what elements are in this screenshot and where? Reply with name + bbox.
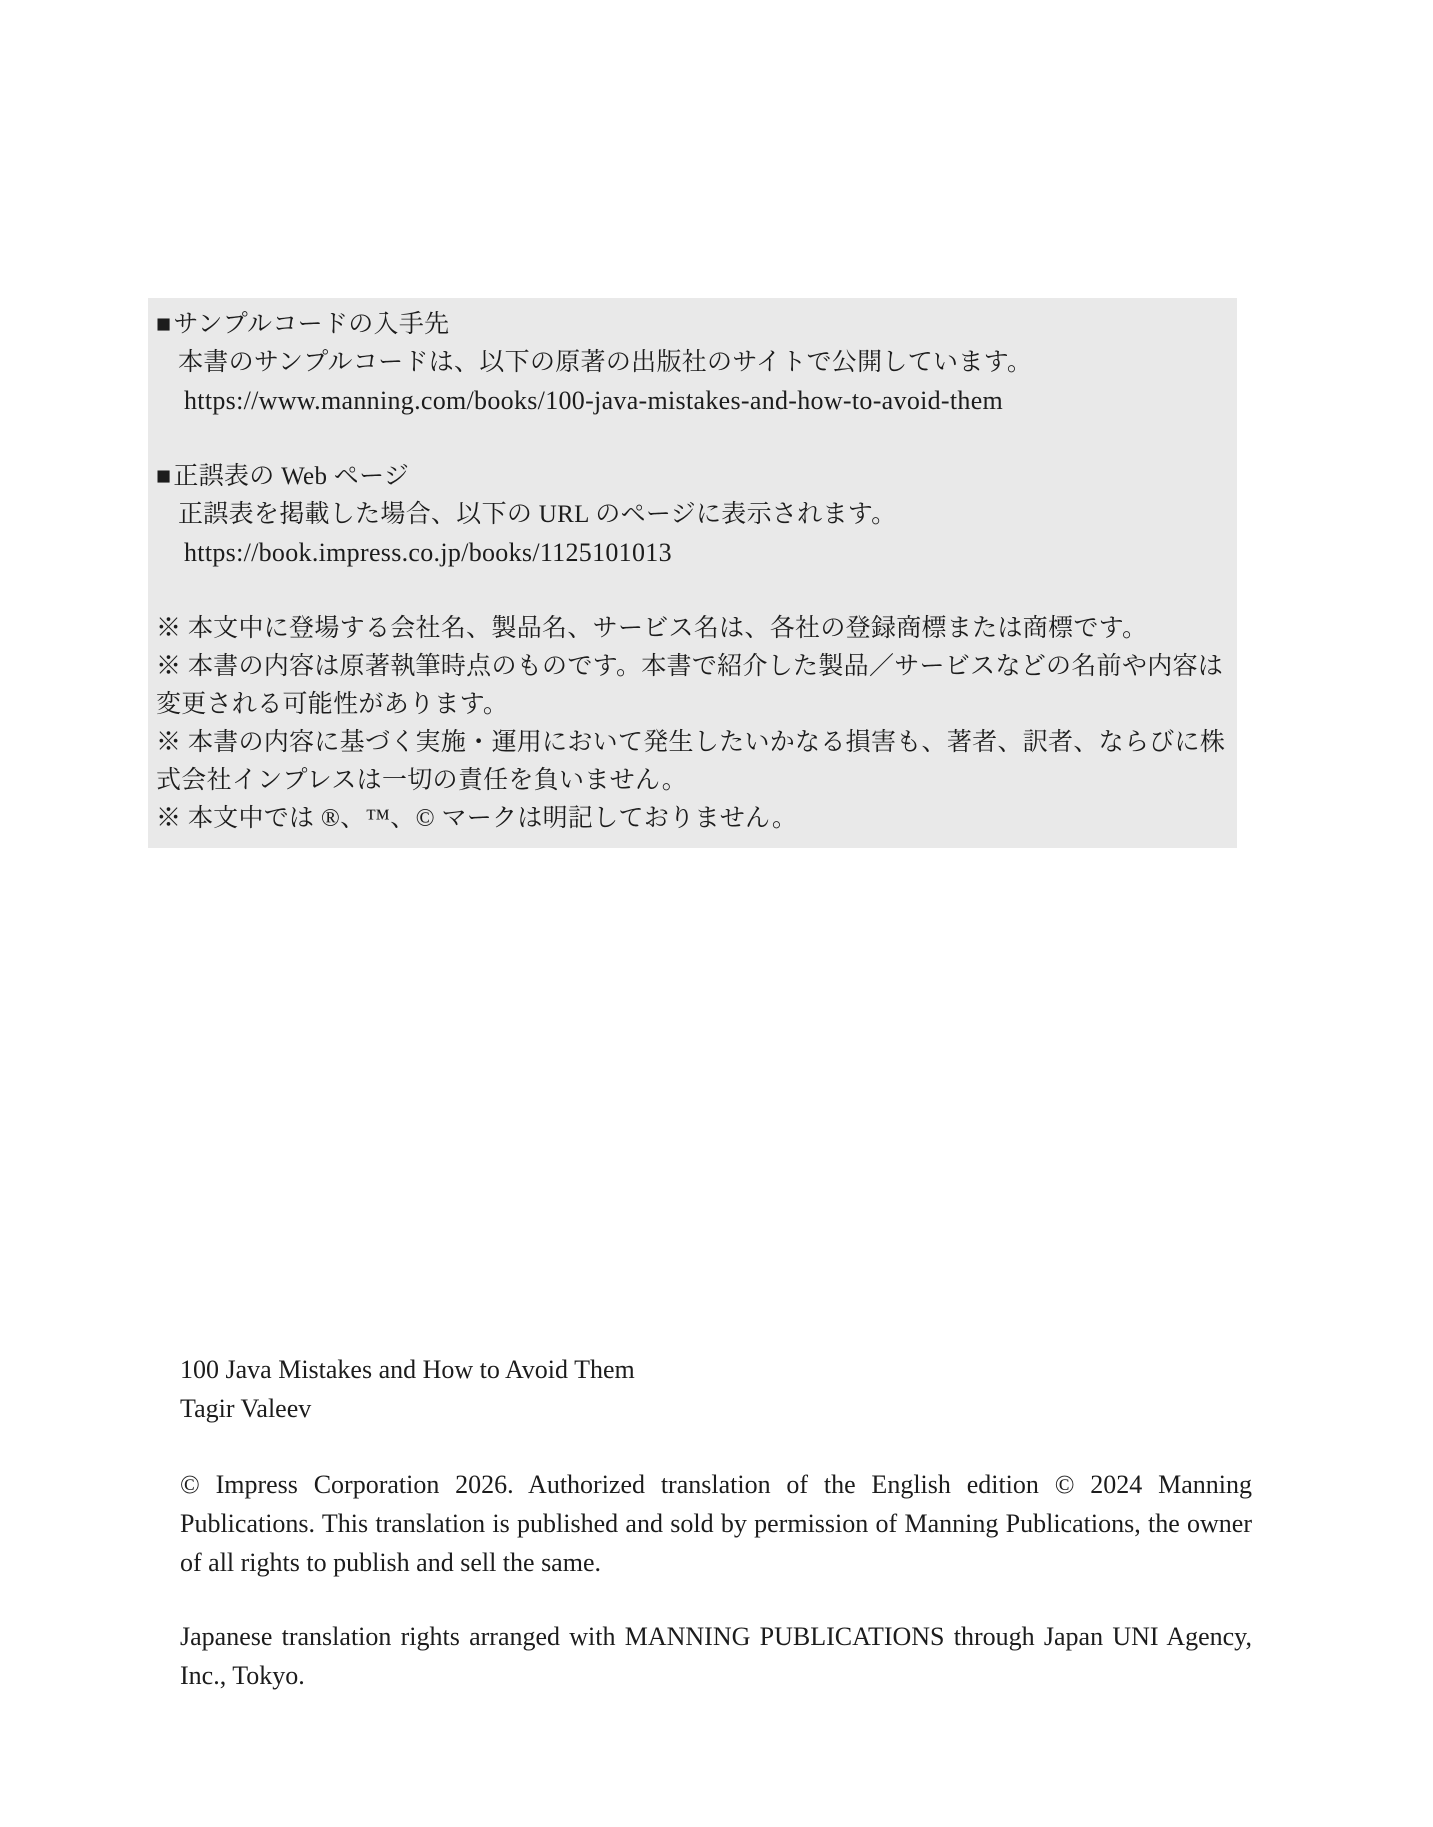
black-square-bullet-icon: ■ — [156, 458, 171, 496]
errata-url: https://book.impress.co.jp/books/1125101… — [156, 534, 1227, 572]
errata-description: 正誤表を掲載した場合、以下の URL のページに表示されます。 — [156, 496, 1227, 534]
sample-code-url: https://www.manning.com/books/100-java-m… — [156, 382, 1227, 420]
colophon: 100 Java Mistakes and How to Avoid Them … — [180, 1350, 1252, 1695]
translation-rights-paragraph: Japanese translation rights arranged wit… — [180, 1617, 1252, 1695]
note-content-currency: ※ 本書の内容は原著執筆時点のものです。本書で紹介した製品／サービスなどの名前や… — [156, 648, 1227, 724]
book-author: Tagir Valeev — [180, 1389, 1252, 1428]
info-box: ■ サンプルコードの入手先 本書のサンプルコードは、以下の原著の出版社のサイトで… — [148, 298, 1237, 848]
errata-heading: 正誤表の Web ページ — [173, 458, 409, 496]
book-copyright-page: ■ サンプルコードの入手先 本書のサンプルコードは、以下の原著の出版社のサイトで… — [0, 0, 1433, 1827]
note-liability: ※ 本書の内容に基づく実施・運用において発生したいかなる損害も、著者、訳者、なら… — [156, 724, 1227, 800]
note-trademarks: ※ 本文中に登場する会社名、製品名、サービス名は、各社の登録商標または商標です。 — [156, 610, 1227, 648]
book-title: 100 Java Mistakes and How to Avoid Them — [180, 1350, 1252, 1389]
copyright-paragraph: © Impress Corporation 2026. Authorized t… — [180, 1465, 1252, 1582]
sample-code-section: ■ サンプルコードの入手先 本書のサンプルコードは、以下の原著の出版社のサイトで… — [156, 306, 1227, 420]
sample-code-heading: サンプルコードの入手先 — [173, 306, 449, 344]
sample-code-description: 本書のサンプルコードは、以下の原著の出版社のサイトで公開しています。 — [156, 344, 1227, 382]
sample-code-heading-row: ■ サンプルコードの入手先 — [156, 306, 1227, 344]
errata-section: ■ 正誤表の Web ページ 正誤表を掲載した場合、以下の URL のページに表… — [156, 458, 1227, 572]
note-trademark-symbols: ※ 本文中では ®、™、© マークは明記しておりません。 — [156, 800, 1227, 838]
black-square-bullet-icon: ■ — [156, 306, 171, 344]
disclaimer-notes: ※ 本文中に登場する会社名、製品名、サービス名は、各社の登録商標または商標です。… — [156, 610, 1227, 838]
errata-heading-row: ■ 正誤表の Web ページ — [156, 458, 1227, 496]
